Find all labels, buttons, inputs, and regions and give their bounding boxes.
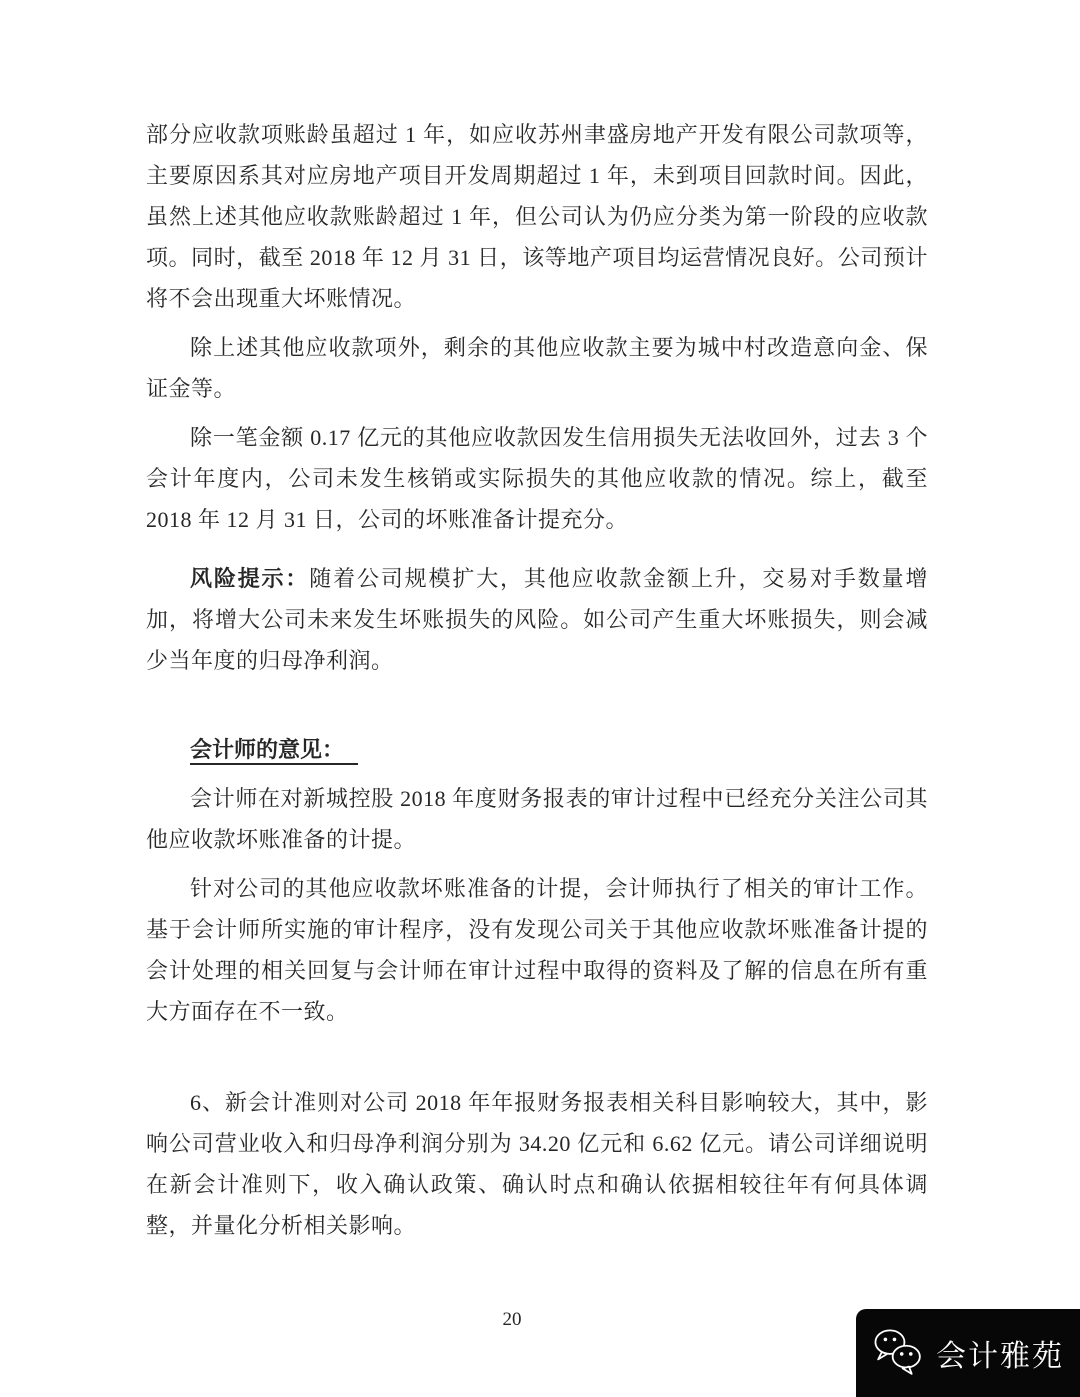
- wechat-icon: [870, 1327, 928, 1379]
- paragraph-receivable-aging-continuation: 部分应收款项账龄虽超过 1 年，如应收苏州聿盛房地产开发有限公司款项等，主要原因…: [146, 114, 928, 319]
- page-number: 20: [146, 1306, 878, 1334]
- paragraph-accountant-attention: 会计师在对新城控股 2018 年度财务报表的审计过程中已经充分关注公司其他应收款…: [146, 778, 928, 860]
- paragraph-audit-work-result: 针对公司的其他应收款坏账准备的计提，会计师执行了相关的审计工作。基于会计师所实施…: [146, 868, 928, 1032]
- risk-warning-label: 风险提示：: [190, 566, 309, 591]
- watermark-brand-text: 会计雅苑: [936, 1331, 1064, 1375]
- watermark-badge: 会计雅苑: [856, 1309, 1080, 1397]
- document-body: 部分应收款项账龄虽超过 1 年，如应收苏州聿盛房地产开发有限公司款项等，主要原因…: [146, 114, 928, 1246]
- accountant-opinion-heading: 会计师的意见：: [146, 729, 928, 770]
- document-page: 部分应收款项账龄虽超过 1 年，如应收苏州聿盛房地产开发有限公司款项等，主要原因…: [0, 0, 1080, 1397]
- paragraph-credit-loss-history: 除一笔金额 0.17 亿元的其他应收款因发生信用损失无法收回外，过去 3 个会计…: [146, 417, 928, 540]
- accountant-opinion-heading-text: 会计师的意见：: [190, 737, 358, 765]
- paragraph-question-6-new-accounting-standards: 6、新会计准则对公司 2018 年年报财务报表相关科目影响较大，其中，影响公司营…: [146, 1082, 928, 1246]
- paragraph-other-receivables: 除上述其他应收款项外，剩余的其他应收款主要为城中村改造意向金、保证金等。: [146, 327, 928, 409]
- paragraph-risk-warning: 风险提示：随着公司规模扩大，其他应收款金额上升，交易对手数量增加，将增大公司未来…: [146, 558, 928, 681]
